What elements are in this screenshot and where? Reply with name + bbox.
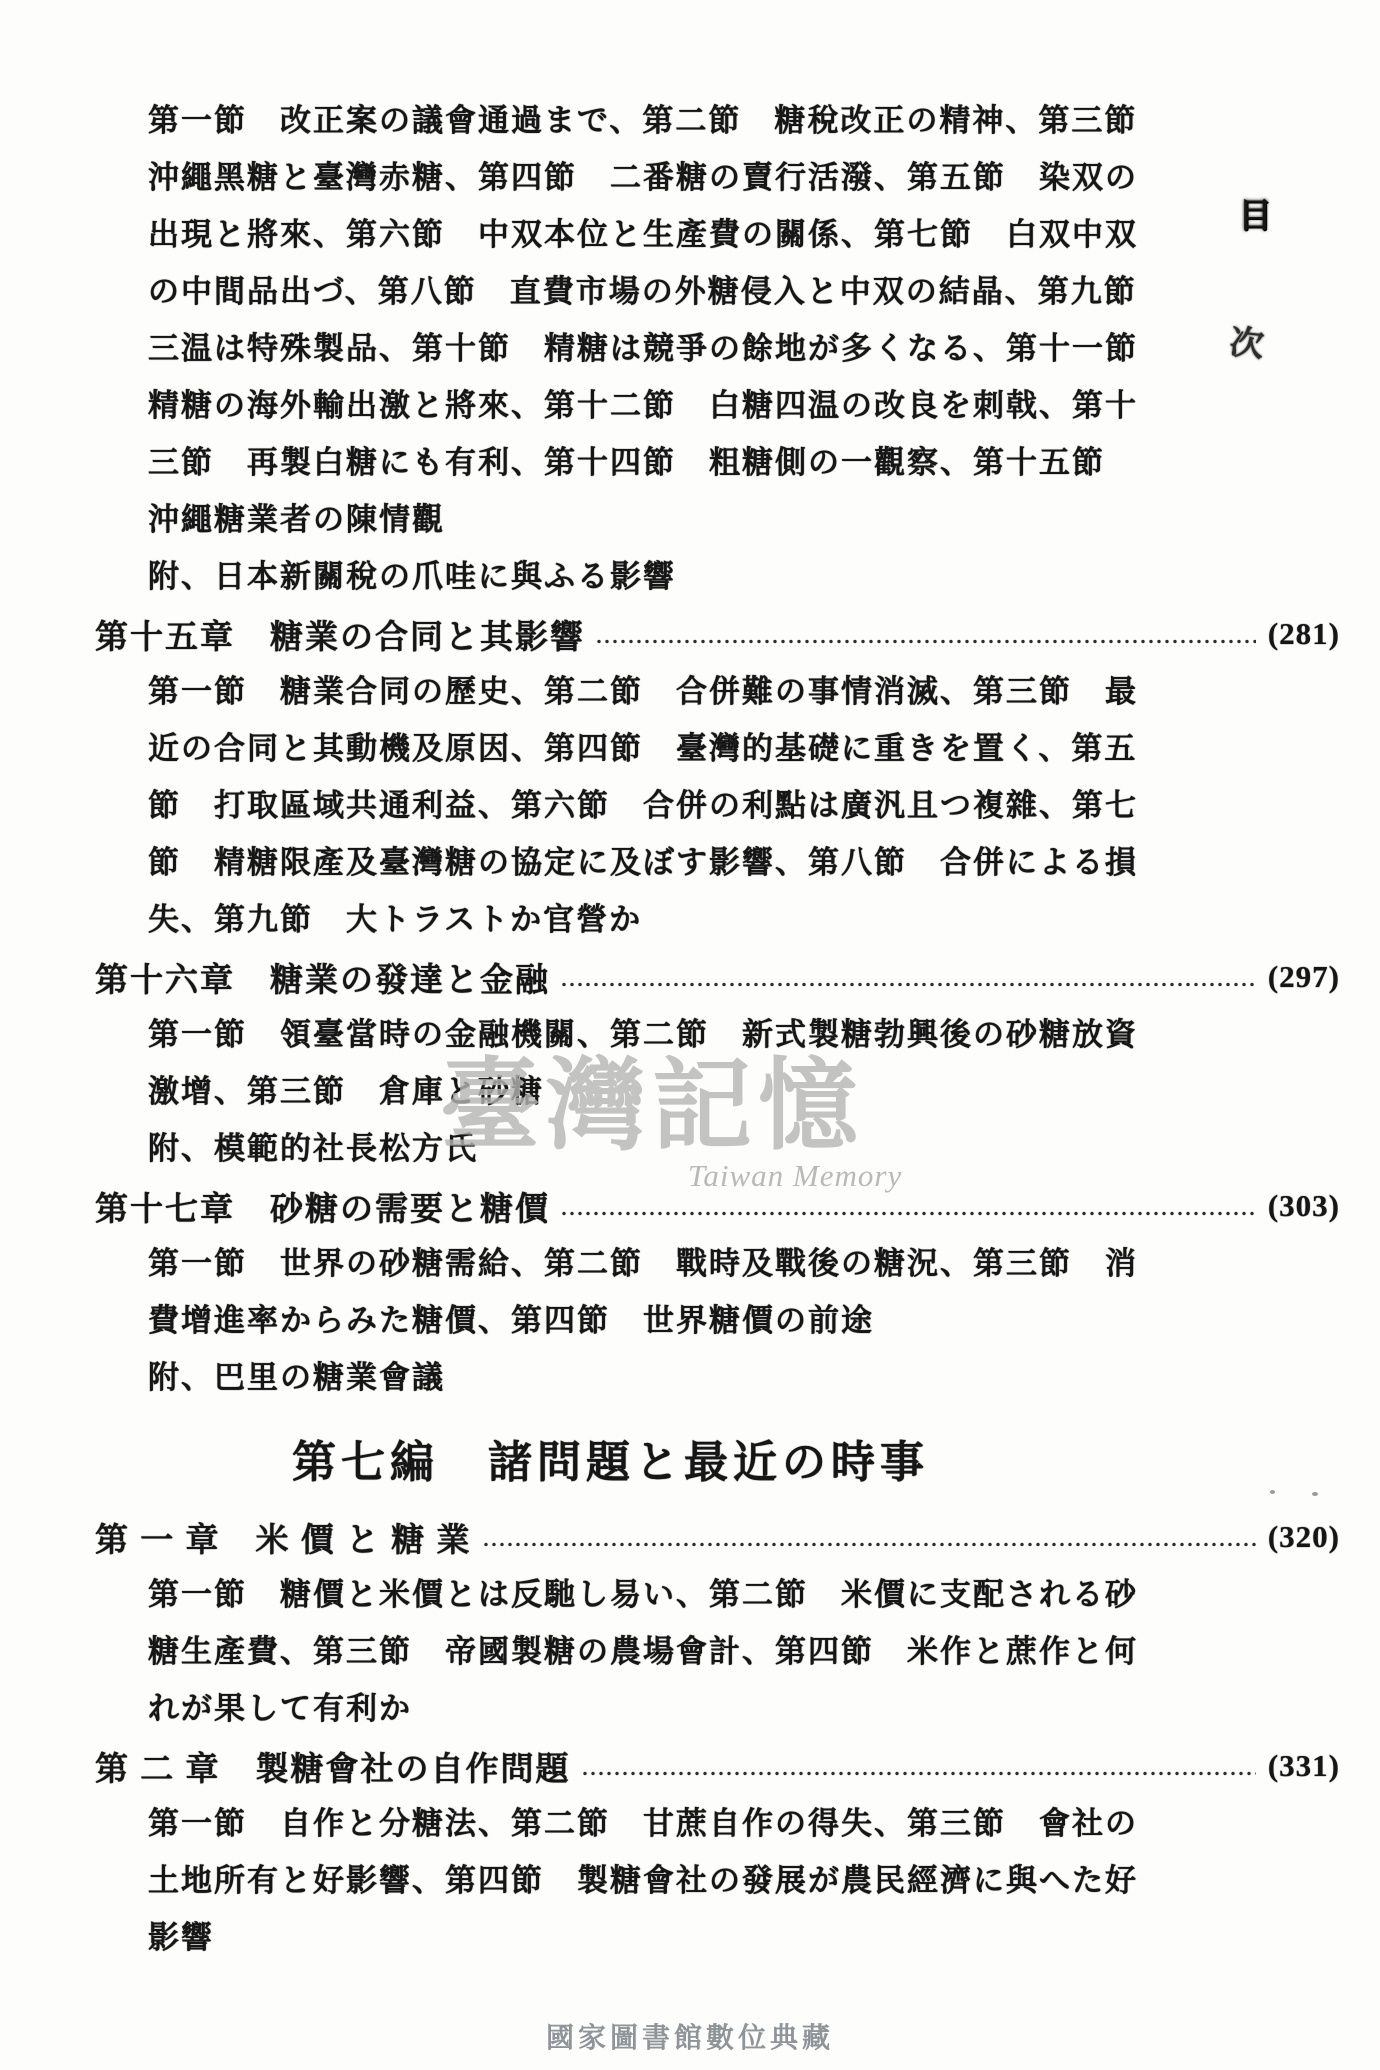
toc-section-line: 第一節 糖業合同の歷史、第二節 合併難の事情消滅、第三節 最 [148,663,998,720]
chapter-title: 第 一 章 米 價 と 糖 業 [95,1514,472,1561]
toc-section-line: 第一節 領臺當時の金融機關、第二節 新式製糖勃興後の砂糖放資 [148,1006,998,1063]
dotted-leader [595,637,1256,646]
toc-section-line: の中間品出づ、第八節 直費市場の外糖侵入と中双の結晶、第九節 [148,263,998,320]
chapter-page-number: (331) [1268,1748,1340,1784]
chapter-title: 第十五章 糖業の合同と其影響 [95,611,585,658]
toc-section-line: 沖繩黑糖と臺灣赤糖、第四節 二番糖の賣行活潑、第五節 染双の [148,149,998,206]
toc-section-line: 節 打取區域共通利益、第六節 合併の利點は廣汎且つ複雜、第七 [148,777,998,834]
scan-speck [1312,1492,1318,1496]
toc-section-line: 三節 再製白糖にも有利、第十四節 粗糖側の一觀察、第十五節 [148,434,998,491]
toc-chapter-entry: 第十六章 糖業の發達と金融(297) [95,948,1340,1006]
toc-section-line: 費增進率からみた糖價、第四節 世界糖價の前途 [148,1292,998,1349]
toc-appendix-line: 附、巴里の糖業會議 [148,1349,998,1406]
chapter-title: 第十六章 糖業の發達と金融 [95,954,550,1001]
chapter-page-number: (320) [1268,1519,1340,1555]
toc-part-heading: 第七編 諸問題と最近の時事 [292,1432,1380,1494]
toc-section-line: 第一節 世界の砂糖需給、第二節 戰時及戰後の糖況、第三節 消 [148,1235,998,1292]
toc-section-line: 第一節 糖價と米價とは反馳し易い、第二節 米價に支配される砂 [148,1566,998,1623]
toc-chapter-entry: 第 一 章 米 價 と 糖 業(320) [95,1508,1340,1566]
chapter-title: 第十七章 砂糖の需要と糖價 [95,1183,550,1230]
chapter-page-number: (281) [1268,616,1340,652]
chapter-page-number: (297) [1268,959,1340,995]
toc-section-line: 激增、第三節 倉庫と砂糖 [148,1063,998,1120]
toc-section-line: 近の合同と其動機及原因、第四節 臺灣的基礎に重きを置く、第五 [148,720,998,777]
toc-section-line: 失、第九節 大トラストか官營か [148,891,998,948]
toc-section-line: 第一節 自作と分糖法、第二節 甘蔗自作の得失、第三節 會社の [148,1795,998,1852]
page-margin-label-moku: 目 [1238,188,1272,237]
toc-section-line: 土地所有と好影響、第四節 製糖會社の發展が農民經濟に與へた好 [148,1852,998,1909]
toc-chapter-entry: 第 二 章 製糖會社の自作問題(331) [95,1737,1340,1795]
toc-appendix-line: 附、日本新關稅の爪哇に與ふる影響 [148,548,998,605]
page-margin-label-ji: 次 [1228,314,1267,366]
chapter-title: 第 二 章 製糖會社の自作問題 [95,1743,571,1790]
chapter-page-number: (303) [1268,1188,1340,1224]
library-footer-stamp: 國家圖書館數位典藏 [0,2016,1380,2056]
scan-speck [1270,1490,1275,1494]
toc-content-column: 第一節 改正案の議會通過まで、第二節 糖稅改正の精神、第三節沖繩黑糖と臺灣赤糖、… [0,0,1380,1966]
dotted-leader [482,1540,1256,1549]
toc-section-line: 糖生產費、第三節 帝國製糖の農場會計、第四節 米作と蔗作と何 [148,1623,998,1680]
toc-appendix-line: 附、模範的社長松方氏 [148,1120,998,1177]
dotted-leader [560,980,1256,989]
toc-section-line: 影響 [148,1909,998,1966]
toc-chapter-entry: 第十七章 砂糖の需要と糖價(303) [95,1177,1340,1235]
toc-section-line: 三温は特殊製品、第十節 精糖は競爭の餘地が多くなる、第十一節 [148,320,998,377]
toc-entries: 第一節 改正案の議會通過まで、第二節 糖稅改正の精神、第三節沖繩黑糖と臺灣赤糖、… [0,92,1380,1966]
toc-chapter-entry: 第十五章 糖業の合同と其影響(281) [95,605,1340,663]
toc-section-line: 沖繩糖業者の陳情觀 [148,491,998,548]
toc-section-line: れが果して有利か [148,1680,998,1737]
toc-section-line: 節 精糖限產及臺灣糖の協定に及ぼす影響、第八節 合併による損 [148,834,998,891]
toc-section-line: 精糖の海外輸出激と將來、第十二節 白糖四温の改良を刺戟、第十 [148,377,998,434]
dotted-leader [560,1209,1256,1218]
dotted-leader [581,1769,1256,1778]
scanned-book-page: 第一節 改正案の議會通過まで、第二節 糖稅改正の精神、第三節沖繩黑糖と臺灣赤糖、… [0,0,1380,2070]
toc-section-line: 第一節 改正案の議會通過まで、第二節 糖稅改正の精神、第三節 [148,92,998,149]
toc-section-line: 出現と將來、第六節 中双本位と生產費の關係、第七節 白双中双 [148,206,998,263]
